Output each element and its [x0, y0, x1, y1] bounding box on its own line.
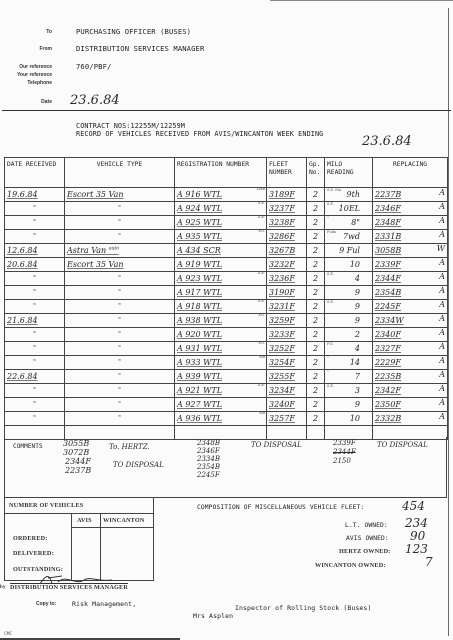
cell-vehicle-type: "	[65, 300, 175, 314]
header-replacing: REPLACING	[373, 158, 448, 188]
registration-note: S.E.	[258, 272, 265, 276]
cell-group: 2	[307, 202, 325, 216]
top-edge	[270, 0, 453, 1]
cell-milo: 10	[325, 412, 373, 426]
date-value: 23.6.84	[70, 93, 120, 108]
summary-divider	[5, 513, 153, 514]
cell-fleet-number: 3286F	[267, 230, 307, 244]
table-row: " " A 923 WTLS.E. 3236F 2 S.E.4 2344FA	[5, 272, 448, 286]
cell-group: 2	[307, 370, 325, 384]
cell-fleet-number: 3232F	[267, 258, 307, 272]
number-of-vehicles-box: NUMBER OF VEHICLES AVIS WINCANTON ORDERE…	[4, 497, 154, 581]
summary-col-divider	[71, 513, 72, 580]
cell-group: 2	[307, 412, 325, 426]
cell-date: 19.6.84	[5, 188, 65, 202]
cell-vehicle-type: "	[65, 272, 175, 286]
summary-header-divider	[71, 527, 153, 528]
table-row: 21.6.84 " A 938 WTLP.G. 3259F 2 9 2334WA	[5, 314, 448, 328]
cell-milo: "14	[325, 356, 373, 370]
hertz-owned-label: HERTZ OWNED:	[339, 548, 391, 555]
cell-fleet-number: 3259F	[267, 314, 307, 328]
registration-note: NB	[259, 412, 265, 416]
class-code: A	[439, 314, 445, 323]
cell-vehicle-type: "	[65, 398, 175, 412]
cell-date: 20.6.84	[5, 258, 65, 272]
typist-initials: CMC	[4, 632, 12, 637]
table-row: " " A 927 WTL 3240F 2 9 2350FA	[5, 398, 448, 412]
avis-owned-label: AVIS OWNED:	[346, 535, 389, 542]
contract-numbers: CONTRACT NOS:12255M/12259M	[76, 122, 185, 130]
header-milo-reading: MILO READING	[325, 158, 373, 188]
bottom-edge	[0, 638, 180, 640]
cell-milo: 9	[325, 314, 373, 328]
cell-replacing: 2331BA	[373, 230, 448, 244]
cell-milo: "7	[325, 370, 373, 384]
cell-group: 2	[307, 188, 325, 202]
cell-vehicle-type: "	[65, 356, 175, 370]
cell-date: "	[5, 216, 65, 230]
class-code: A	[439, 384, 445, 393]
cell-fleet-number: 3255F	[267, 370, 307, 384]
cell-registration: A 919 WTL	[175, 258, 267, 272]
col-wincanton: WINCANTON	[103, 517, 145, 524]
cell-date: "	[5, 286, 65, 300]
class-code: A	[439, 230, 445, 239]
table-header-row: DATE RECEIVED VEHICLE TYPE REGISTRATION …	[5, 158, 448, 188]
copy-recipient-risk-management: Risk Management,	[72, 600, 136, 608]
cell-date: "	[5, 398, 65, 412]
cell-vehicle-type: "	[65, 314, 175, 328]
milo-note: "	[327, 356, 329, 360]
comment-note-disposal-3: TO DISPOSAL	[377, 441, 428, 449]
comments-section: COMMENTS 3055B 3072B To. HERTZ. 2344F 22…	[4, 437, 447, 498]
cell-replacing: 3058BW	[373, 244, 448, 258]
avis-owned-value: 90	[410, 529, 425, 543]
cell-replacing: 2342FA	[373, 384, 448, 398]
vehicle-type-note: auto	[109, 246, 119, 251]
to-label: To	[0, 29, 52, 35]
table-row: 12.6.84 Astra Van auto A 434 SCR 3267B 2…	[5, 244, 448, 258]
cell-registration: A 918 WTLS.E.	[175, 300, 267, 314]
header-fleet-number: FLEET NUMBER	[267, 158, 307, 188]
cell-vehicle-type: "	[65, 384, 175, 398]
signatory-title: DISTRIBUTION SERVICES MANAGER	[10, 584, 128, 591]
registration-note: S.E.	[258, 384, 265, 388]
cell-date: "	[5, 356, 65, 370]
table-row: " " A 921 WTLS.E. 3234F 2 S.E.3 2342FA	[5, 384, 448, 398]
registration-note: S.E.	[258, 216, 265, 220]
milo-note: P.G.	[327, 342, 334, 346]
cell-replacing: 2245FA	[373, 300, 448, 314]
cell-group: 2	[307, 244, 325, 258]
cell-group: 2	[307, 230, 325, 244]
cell-fleet-number: 3257F	[267, 412, 307, 426]
registration-note: S.E.	[258, 202, 265, 206]
table-row: " " A 933 WTLNB 3254F 2 "14 2229FA	[5, 356, 448, 370]
table-row: " " A 918 WTLS.E. 3231F 2 S.E.9 2245FA	[5, 300, 448, 314]
summary-col-divider	[100, 513, 101, 580]
cell-replacing: 2350FA	[373, 398, 448, 412]
from-value: DISTRIBUTION SERVICES MANAGER	[76, 44, 204, 53]
cell-replacing: 2340FA	[373, 328, 448, 342]
table-row: 19.6.84 Escort 35 Van A 916 WTLLWB 3189F…	[5, 188, 448, 202]
class-code: A	[439, 216, 445, 225]
header-date-received: DATE RECEIVED	[5, 158, 65, 188]
class-code: A	[439, 342, 445, 351]
cell-registration: A 924 WTLS.E.	[175, 202, 267, 216]
copy-to-label: Copy to:	[36, 601, 56, 607]
cell-group: 2	[307, 384, 325, 398]
cell-vehicle-type: Astra Van auto	[65, 244, 175, 258]
lt-owned-label: L.T. OWNED:	[345, 522, 388, 529]
table-row: 22.6.84 " A 939 WTL 3255F 2 "7 2235BA	[5, 370, 448, 384]
cell-replacing: 2235BA	[373, 370, 448, 384]
cell-group: 2	[307, 398, 325, 412]
cell-fleet-number: 3231F	[267, 300, 307, 314]
cell-registration: A 923 WTLS.E.	[175, 272, 267, 286]
signed-by-prefix: by	[0, 585, 6, 590]
comment-note-disposal-2: TO DISPOSAL	[251, 441, 302, 449]
cell-registration: A 921 WTLS.E.	[175, 384, 267, 398]
milo-note: "	[327, 370, 329, 374]
copy-recipient-mrs-asplen: Mrs Asplen	[193, 612, 233, 620]
cell-vehicle-type: "	[65, 328, 175, 342]
cell-replacing: 2344FA	[373, 272, 448, 286]
cell-replacing: 2346FA	[373, 202, 448, 216]
comment-group-hertz: 3055B 3072B	[63, 439, 89, 457]
wincanton-owned-label: WINCANTON OWNED:	[315, 562, 386, 569]
cell-fleet-number: 3254F	[267, 356, 307, 370]
milo-note: "	[327, 216, 329, 220]
cell-group: 2	[307, 328, 325, 342]
cell-fleet-number: 3189F	[267, 188, 307, 202]
cell-milo: 9 Ful	[325, 244, 373, 258]
cell-milo: 9	[325, 286, 373, 300]
cell-date: "	[5, 328, 65, 342]
our-reference-label: Our reference	[0, 64, 52, 70]
registration-note: NB	[259, 356, 265, 360]
cell-group: 2	[307, 286, 325, 300]
cell-milo: 2	[325, 328, 373, 342]
class-code: W	[437, 244, 445, 253]
cell-fleet-number: 3238F	[267, 216, 307, 230]
cell-milo: P.G.4	[325, 342, 373, 356]
table-row: " " A 931 WTLP.G. 3252F 2 P.G.4 2327FA	[5, 342, 448, 356]
class-code: A	[439, 272, 445, 281]
class-code: A	[439, 286, 445, 295]
cell-replacing: 2354BA	[373, 286, 448, 300]
class-code: A	[439, 398, 445, 407]
cell-vehicle-type: "	[65, 342, 175, 356]
cell-milo: S.E.3	[325, 384, 373, 398]
cell-vehicle-type: "	[65, 230, 175, 244]
col-avis: AVIS	[77, 517, 92, 524]
registration-note: P.G.	[258, 230, 265, 234]
composition-total: 454	[402, 499, 425, 513]
cell-registration: A 938 WTLP.G.	[175, 314, 267, 328]
hertz-owned-value: 123	[405, 542, 428, 556]
cell-fleet-number: 3237F	[267, 202, 307, 216]
milo-note: S.E.	[327, 384, 334, 388]
cell-milo: 9	[325, 398, 373, 412]
composition-title: COMPOSITION OF MISCELLANEOUS VEHICLE FLE…	[197, 504, 364, 511]
cell-replacing: 2332BA	[373, 412, 448, 426]
cell-group: 2	[307, 314, 325, 328]
date-label: Date	[0, 99, 52, 105]
your-reference-label: Your reference	[0, 72, 52, 78]
cell-registration: A 917 WTL	[175, 286, 267, 300]
cell-vehicle-type: Escort 35 Van	[65, 258, 175, 272]
milo-note: S.E.	[327, 202, 334, 206]
milo-note: S.E. Stn	[327, 188, 341, 192]
comment-group-disposal-2: 2348B 2346F 2334B 2354B 2245F	[197, 439, 220, 479]
table-row: " " A 917 WTL 3190F 2 9 2354BA	[5, 286, 448, 300]
registration-note: P.G.	[258, 314, 265, 318]
cell-fleet-number: 3234F	[267, 384, 307, 398]
cell-fleet-number: 3267B	[267, 244, 307, 258]
week-ending-date: 23.6.84	[362, 134, 412, 149]
cell-fleet-number: 3252F	[267, 342, 307, 356]
class-code: A	[439, 328, 445, 337]
table-row: " " A 935 WTLP.G. 3286F 2 Fulm7wd 2331BA	[5, 230, 448, 244]
cell-date: "	[5, 342, 65, 356]
to-value: PURCHASING OFFICER (BUSES)	[76, 27, 191, 36]
cell-group: 2	[307, 342, 325, 356]
table-row: 20.6.84 Escort 35 Van A 919 WTL 3232F 2 …	[5, 258, 448, 272]
cell-vehicle-type: "	[65, 412, 175, 426]
header-vehicle-type: VEHICLE TYPE	[65, 158, 175, 188]
cell-replacing: 2237BA	[373, 188, 448, 202]
class-code: A	[439, 370, 445, 379]
cell-date: 22.6.84	[5, 370, 65, 384]
cell-registration: A 916 WTLLWB	[175, 188, 267, 202]
cell-vehicle-type: "	[65, 370, 175, 384]
cell-milo: S.E.4	[325, 272, 373, 286]
cell-fleet-number: 3240F	[267, 398, 307, 412]
our-reference-value: 760/PBF/	[76, 62, 111, 71]
comment-note-hertz: To. HERTZ.	[109, 443, 150, 451]
wincanton-owned-value: 7	[425, 555, 433, 569]
class-code: A	[439, 188, 445, 197]
class-code: A	[439, 356, 445, 365]
table-row: " " A 924 WTLS.E. 3237F 2 S.E.10EL 2346F…	[5, 202, 448, 216]
header-group-number: Gp. No.	[307, 158, 325, 188]
class-code: A	[439, 412, 445, 421]
cell-registration: A 933 WTLNB	[175, 356, 267, 370]
cell-group: 2	[307, 216, 325, 230]
ordered-label: ORDERED:	[13, 535, 48, 542]
milo-note: S.E.	[327, 272, 334, 276]
cell-date: "	[5, 202, 65, 216]
cell-registration: A 927 WTL	[175, 398, 267, 412]
delivered-label: DELIVERED:	[13, 550, 54, 557]
cell-fleet-number: 3233F	[267, 328, 307, 342]
cell-milo: S.E. Stn9th	[325, 188, 373, 202]
comment-group-disposal-3: 2339F 2344F 2150	[333, 439, 356, 466]
cell-date: "	[5, 230, 65, 244]
cell-replacing: 2229FA	[373, 356, 448, 370]
vehicle-records-table: DATE RECEIVED VEHICLE TYPE REGISTRATION …	[4, 157, 448, 440]
cell-milo: Fulm7wd	[325, 230, 373, 244]
registration-note: S.E.	[258, 300, 265, 304]
lt-owned-value: 234	[405, 516, 428, 530]
cell-replacing: 2348FA	[373, 216, 448, 230]
cell-group: 2	[307, 356, 325, 370]
copy-recipient-inspector: Inspector of Rolling Stock (Buses)	[235, 604, 371, 612]
telephone-label: Telephone	[0, 80, 52, 86]
milo-note: Fulm	[327, 230, 336, 234]
record-title: RECORD OF VEHICLES RECEIVED FROM AVIS/WI…	[76, 130, 323, 138]
cell-registration: A 931 WTLP.G.	[175, 342, 267, 356]
cell-milo: "8"	[325, 216, 373, 230]
cell-date: 21.6.84	[5, 314, 65, 328]
cell-fleet-number: 3236F	[267, 272, 307, 286]
memo-page: To PURCHASING OFFICER (BUSES) From DISTR…	[0, 0, 453, 640]
class-code: A	[439, 300, 445, 309]
cell-milo: S.E.10EL	[325, 202, 373, 216]
cell-group: 2	[307, 272, 325, 286]
cell-date: "	[5, 412, 65, 426]
cell-registration: A 925 WTLS.E.	[175, 216, 267, 230]
cell-registration: A 936 WTLNB	[175, 412, 267, 426]
header-divider	[2, 110, 451, 111]
registration-note: LWB	[257, 188, 265, 192]
registration-note: P.G.	[258, 342, 265, 346]
cell-milo: S.E.9	[325, 300, 373, 314]
cell-milo: 10	[325, 258, 373, 272]
class-code: A	[439, 258, 445, 267]
table-row: " " A 920 WTL 3233F 2 2 2340FA	[5, 328, 448, 342]
comment-note-disposal-1: TO DISPOSAL	[113, 461, 164, 469]
cell-fleet-number: 3190F	[267, 286, 307, 300]
cell-replacing: 2327FA	[373, 342, 448, 356]
cell-vehicle-type: "	[65, 202, 175, 216]
cell-registration: A 434 SCR	[175, 244, 267, 258]
cell-date: "	[5, 300, 65, 314]
comments-label: COMMENTS	[13, 443, 43, 450]
number-of-vehicles-title: NUMBER OF VEHICLES	[9, 502, 83, 509]
table-row: " " A 925 WTLS.E. 3238F 2 "8" 2348FA	[5, 216, 448, 230]
table-row: " " A 936 WTLNB 3257F 2 10 2332BA	[5, 412, 448, 426]
cell-vehicle-type: "	[65, 216, 175, 230]
cell-replacing: 2334WA	[373, 314, 448, 328]
cell-registration: A 935 WTLP.G.	[175, 230, 267, 244]
comment-group-disposal-1: 2344F 2237B	[65, 457, 91, 475]
cell-registration: A 939 WTL	[175, 370, 267, 384]
cell-registration: A 920 WTL	[175, 328, 267, 342]
milo-note: S.E.	[327, 300, 334, 304]
cell-vehicle-type: "	[65, 286, 175, 300]
cell-vehicle-type: Escort 35 Van	[65, 188, 175, 202]
cell-replacing: 2339FA	[373, 258, 448, 272]
cell-date: "	[5, 384, 65, 398]
class-code: A	[439, 202, 445, 211]
from-label: From	[0, 46, 52, 52]
cell-date: 12.6.84	[5, 244, 65, 258]
cell-group: 2	[307, 258, 325, 272]
header-registration-number: REGISTRATION NUMBER	[175, 158, 267, 188]
cell-date: "	[5, 272, 65, 286]
cell-group: 2	[307, 300, 325, 314]
